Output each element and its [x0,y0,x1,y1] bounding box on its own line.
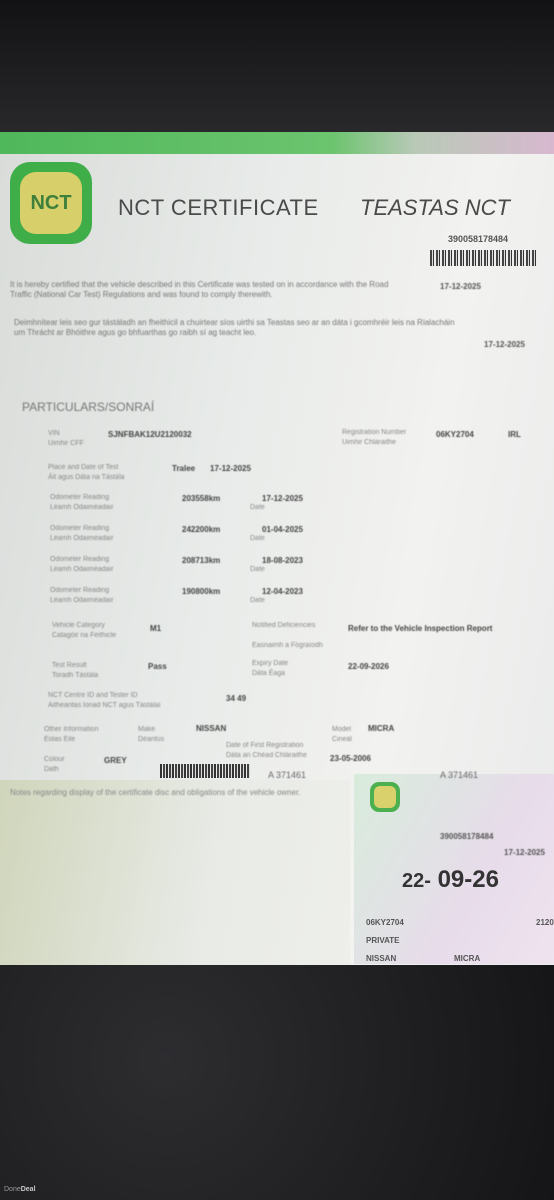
green-header-band [0,132,554,154]
nct-certificate: NCT NCT CERTIFICATE TEASTAS NCT 39005817… [0,132,554,968]
other-info-label-irish: Eolas Eile [44,736,75,743]
nct-logo-icon: NCT [10,162,92,244]
disc-expiry: 22- 09-26 [402,866,499,894]
test-place-value: Tralee [172,464,195,473]
test-place-label-irish: Áit agus Dáta na Tástála [48,474,125,481]
disc-issue-date: 17-12-2025 [504,848,545,857]
footer-notes-area: Notes regarding display of the certifica… [0,780,350,968]
defects-label-irish: Easnaimh a Fógraíodh [252,642,323,649]
model-label-irish: Cineál [332,736,352,743]
odometer-label: Odometer Reading [50,494,109,501]
registration-label-irish: Uimhir Chláraithe [342,439,396,446]
expiry-value: 22-09-2026 [348,662,389,671]
colour-label: Colour [44,756,65,763]
donedeal-watermark: DoneDeal [4,1186,36,1193]
disc-stamp-number: A 371461 [440,770,478,780]
odometer-value: 203558km [182,494,220,503]
registration-value: 06KY2704 [436,430,474,439]
barcode-icon [160,764,250,778]
defects-value: Refer to the Vehicle Inspection Report [348,624,492,633]
odometer-date-label: Date [250,504,265,511]
disc-registration: 06KY2704 [366,918,404,927]
disc-usage: PRIVATE [366,936,399,945]
dark-background-bottom [0,965,554,1200]
odometer-date: 01-04-2025 [262,525,303,534]
odometer-date: 12-04-2023 [262,587,303,596]
first-registration-label-irish: Dáta an Chéad Chláraithe [226,752,307,759]
result-label-irish: Toradh Tástála [52,672,98,679]
statement-english: It is hereby certified that the vehicle … [10,280,410,300]
registration-label: Registration Number [342,429,406,436]
odometer-label: Odometer Reading [50,525,109,532]
nct-windscreen-disc: A 371461 390058178484 17-12-2025 22- 09-… [354,774,554,964]
result-label: Test Result [52,662,87,669]
make-label: Make [138,726,155,733]
test-date-value: 17-12-2025 [210,464,251,473]
vin-label: VIN [48,430,60,437]
odometer-date-label: Date [250,566,265,573]
disc-vin: 2120032 [536,918,554,927]
odometer-value: 208713km [182,556,220,565]
vin-value: SJNFBAK12U2120032 [108,430,192,439]
particulars-heading: PARTICULARS/SONRAÍ [22,400,154,414]
odometer-label-irish: Léamh Odaiméadair [50,597,113,604]
odometer-label: Odometer Reading [50,587,109,594]
odometer-label-irish: Léamh Odaiméadair [50,504,113,511]
statement-english-date: 17-12-2025 [440,282,481,291]
disc-serial: 390058178484 [440,832,493,841]
category-value: M1 [150,624,161,633]
expiry-label: Expiry Date [252,660,288,667]
certificate-title: NCT CERTIFICATE [118,195,319,221]
odometer-label-irish: Léamh Odaiméadair [50,535,113,542]
odometer-value: 242200km [182,525,220,534]
statement-irish-date: 17-12-2025 [484,340,525,349]
centre-label: NCT Centre ID and Tester ID [48,692,138,699]
registration-country: IRL [508,430,521,439]
disc-make: NISSAN [366,954,396,963]
certificate-serial: 390058178484 [448,234,508,244]
make-value: NISSAN [196,724,226,733]
certificate-stamp-number: A 371461 [268,770,306,780]
defects-label: Notified Deficiencies [252,622,332,629]
colour-value: GREY [104,756,127,765]
odometer-date: 17-12-2025 [262,494,303,503]
other-info-label: Other Information [44,726,98,733]
first-registration-value: 23-05-2006 [330,754,371,763]
odometer-date-label: Date [250,535,265,542]
odometer-date: 18-08-2023 [262,556,303,565]
vin-label-irish: Uimhir CFF [48,440,84,447]
model-value: MICRA [368,724,394,733]
odometer-label-irish: Léamh Odaiméadair [50,566,113,573]
model-label: Model [332,726,351,733]
certificate-title-irish: TEASTAS NCT [360,195,510,221]
odometer-date-label: Date [250,597,265,604]
centre-label-irish: Aitheantas Ionad NCT agus Tástálaí [48,702,161,709]
colour-label-irish: Dath [44,766,59,773]
disc-expiry-day: 22- [402,870,431,892]
nct-disc-logo-icon [370,782,400,812]
make-label-irish: Déantús [138,736,164,743]
disc-model: MICRA [454,954,480,963]
dark-background-top [0,0,554,140]
odometer-label: Odometer Reading [50,556,109,563]
expiry-label-irish: Dáta Éaga [252,670,285,677]
first-registration-label: Date of First Registration [226,742,303,749]
test-place-label: Place and Date of Test [48,464,118,471]
barcode-icon [430,250,538,266]
centre-value: 34 49 [226,694,246,703]
category-label: Vehicle Category [52,622,105,629]
statement-irish: Deimhnítear leis seo gur tástáladh an fh… [14,318,464,338]
footer-notes: Notes regarding display of the certifica… [10,788,330,798]
disc-expiry-month-year: 09-26 [438,866,499,893]
category-label-irish: Catagóir na Feithicle [52,632,116,639]
odometer-value: 190800km [182,587,220,596]
result-value: Pass [148,662,167,671]
